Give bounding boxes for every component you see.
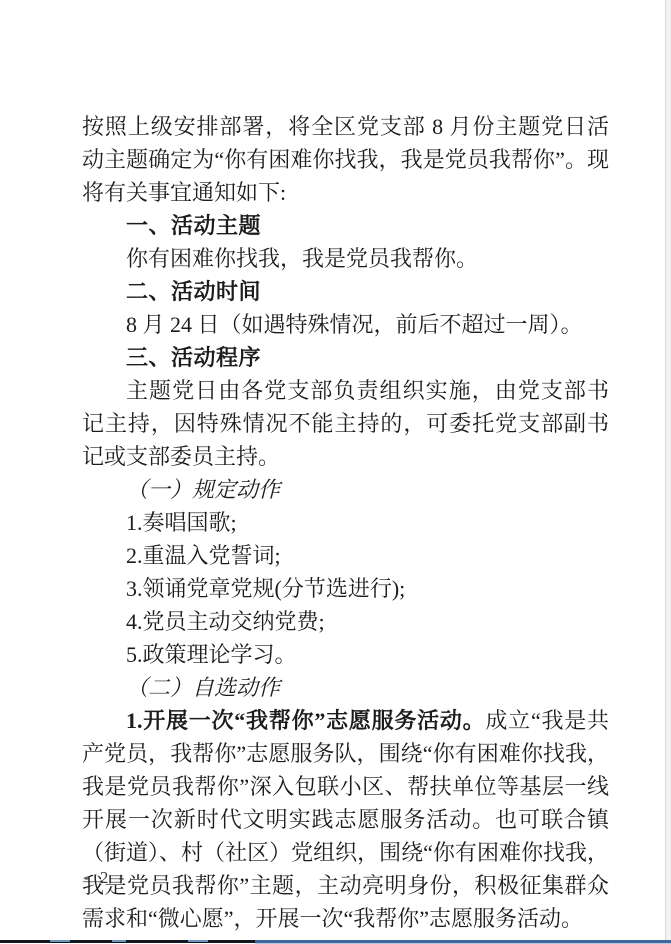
section-heading-procedure: 三、活动程序 [82, 341, 609, 374]
scan-artifact-dark-segment [0, 940, 255, 943]
scan-artifact-mark [112, 940, 126, 942]
document-page: 按照上级安排部署，将全区党支部 8 月份主题党日活动主题确定为“你有困难你找我，… [0, 0, 671, 944]
subheading-optional-actions: （二）自选动作 [82, 671, 609, 704]
paragraph-time: 8 月 24 日（如遇特殊情况，前后不超过一周）。 [82, 308, 609, 341]
paragraph-theme: 你有困难你找我，我是党员我帮你。 [82, 242, 609, 275]
scan-edge-margin [666, 0, 671, 944]
volunteer-service-lead: 1.开展一次“我帮你”志愿服务活动。 [126, 708, 485, 733]
paragraph-procedure: 主题党日由各党支部负责组织实施，由党支部书记主持，因特殊情况不能主持的，可委托党… [82, 374, 609, 473]
list-item-2: 2.重温入党誓词; [82, 539, 609, 572]
list-item-3: 3.领诵党章党规(分节选进行); [82, 572, 609, 605]
document-body: 按照上级安排部署，将全区党支部 8 月份主题党日活动主题确定为“你有困难你找我，… [82, 110, 609, 935]
section-heading-theme: 一、活动主题 [82, 209, 609, 242]
list-item-4: 4.党员主动交纳党费; [82, 605, 609, 638]
volunteer-service-rest: 成立“我是共产党员，我帮你”志愿服务队，围绕“你有困难你找我，我是党员我帮你”深… [82, 708, 609, 931]
scan-artifact-strip [0, 939, 671, 944]
paragraph-volunteer-service: 1.开展一次“我帮你”志愿服务活动。成立“我是共产党员，我帮你”志愿服务队，围绕… [82, 704, 609, 935]
section-heading-time: 二、活动时间 [82, 275, 609, 308]
page-number: - 2 - [84, 868, 127, 888]
scan-artifact-mark [188, 940, 208, 942]
paragraph-intro: 按照上级安排部署，将全区党支部 8 月份主题党日活动主题确定为“你有困难你找我，… [82, 110, 609, 209]
subheading-required-actions: （一）规定动作 [82, 473, 609, 506]
scan-artifact-mark [50, 940, 70, 942]
list-item-5: 5.政策理论学习。 [82, 638, 609, 671]
list-item-1: 1.奏唱国歌; [82, 506, 609, 539]
